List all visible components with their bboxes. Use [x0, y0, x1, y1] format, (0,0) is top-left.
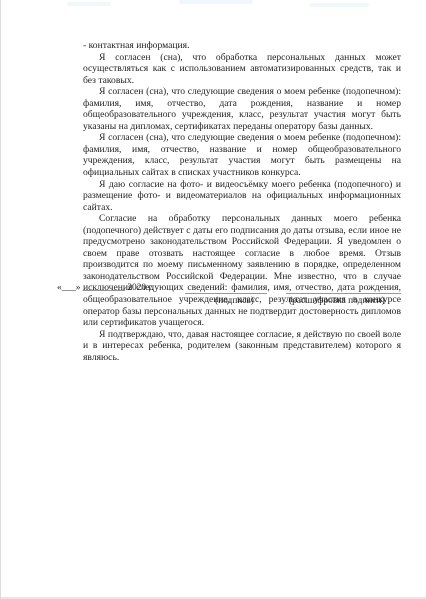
scan-bleed-mark	[309, 3, 369, 7]
decryption-line	[286, 293, 401, 294]
decryption-caption: (расшифровка подписи)	[289, 296, 385, 306]
scan-bleed-mark	[179, 0, 253, 4]
document-page: - контактная информация. Я согласен (сна…	[0, 0, 426, 599]
date-field: «___» _________ 2020 г.	[57, 283, 154, 293]
paragraph-confirmation: Я подтверждаю, что, давая настоящее согл…	[83, 329, 401, 364]
scan-bleed-mark	[67, 2, 111, 6]
paragraph-consent-validity: Согласие на обработку персональных данны…	[83, 213, 401, 328]
paragraph-processing-means: Я согласен (сна), что обработка персонал…	[83, 52, 401, 87]
signature-line	[185, 293, 267, 294]
paragraph-diplomas: Я согласен (сна), что следующие сведения…	[83, 86, 401, 132]
paragraph-photo-video: Я даю согласие на фото- и видеосъёмку мо…	[83, 179, 401, 214]
paragraph-website-publication: Я согласен (сна), что следующие сведения…	[83, 132, 401, 178]
paragraph-contact-info: - контактная информация.	[83, 40, 401, 52]
signature-caption: (подпись)	[215, 296, 254, 306]
document-body: - контактная информация. Я согласен (сна…	[83, 40, 401, 363]
